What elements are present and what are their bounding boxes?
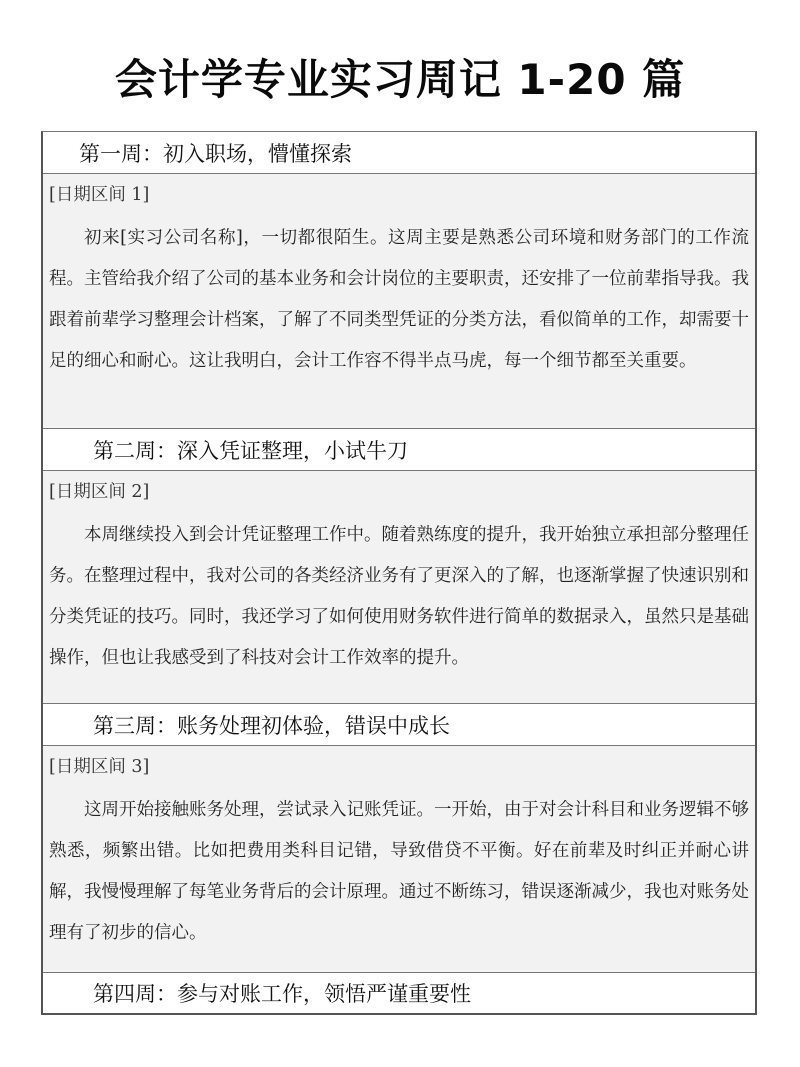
- week-2-date-range: [日期区间 2]: [49, 479, 749, 505]
- week-1-heading: 第一周：初入职场，懵懂探索: [43, 132, 755, 174]
- week-1-body-text: 初来[实习公司名称]，一切都很陌生。这周主要是熟悉公司环境和财务部门的工作流程。…: [49, 218, 749, 382]
- week-3-heading: 第三周：账务处理初体验，错误中成长: [43, 704, 755, 746]
- week-3-entry: [日期区间 3] 这周开始接触账务处理，尝试录入记账凭证。一开始，由于对会计科目…: [43, 746, 755, 973]
- week-3-date-range: [日期区间 3]: [49, 754, 749, 780]
- document-title: 会计学专业实习周记 1-20 篇: [0, 52, 800, 108]
- week-2-entry: [日期区间 2] 本周继续投入到会计凭证整理工作中。随着熟练度的提升，我开始独立…: [43, 471, 755, 704]
- week-2-body-text: 本周继续投入到会计凭证整理工作中。随着熟练度的提升，我开始独立承担部分整理任务。…: [49, 515, 749, 679]
- journal-table: 第一周：初入职场，懵懂探索 [日期区间 1] 初来[实习公司名称]，一切都很陌生…: [41, 131, 757, 1015]
- week-4-heading: 第四周：参与对账工作，领悟严谨重要性: [43, 973, 755, 1013]
- week-1-entry: [日期区间 1] 初来[实习公司名称]，一切都很陌生。这周主要是熟悉公司环境和财…: [43, 174, 755, 429]
- week-3-body-text: 这周开始接触账务处理，尝试录入记账凭证。一开始，由于对会计科目和业务逻辑不够熟悉…: [49, 790, 749, 954]
- week-2-heading: 第二周：深入凭证整理，小试牛刀: [43, 429, 755, 471]
- week-1-date-range: [日期区间 1]: [49, 182, 749, 208]
